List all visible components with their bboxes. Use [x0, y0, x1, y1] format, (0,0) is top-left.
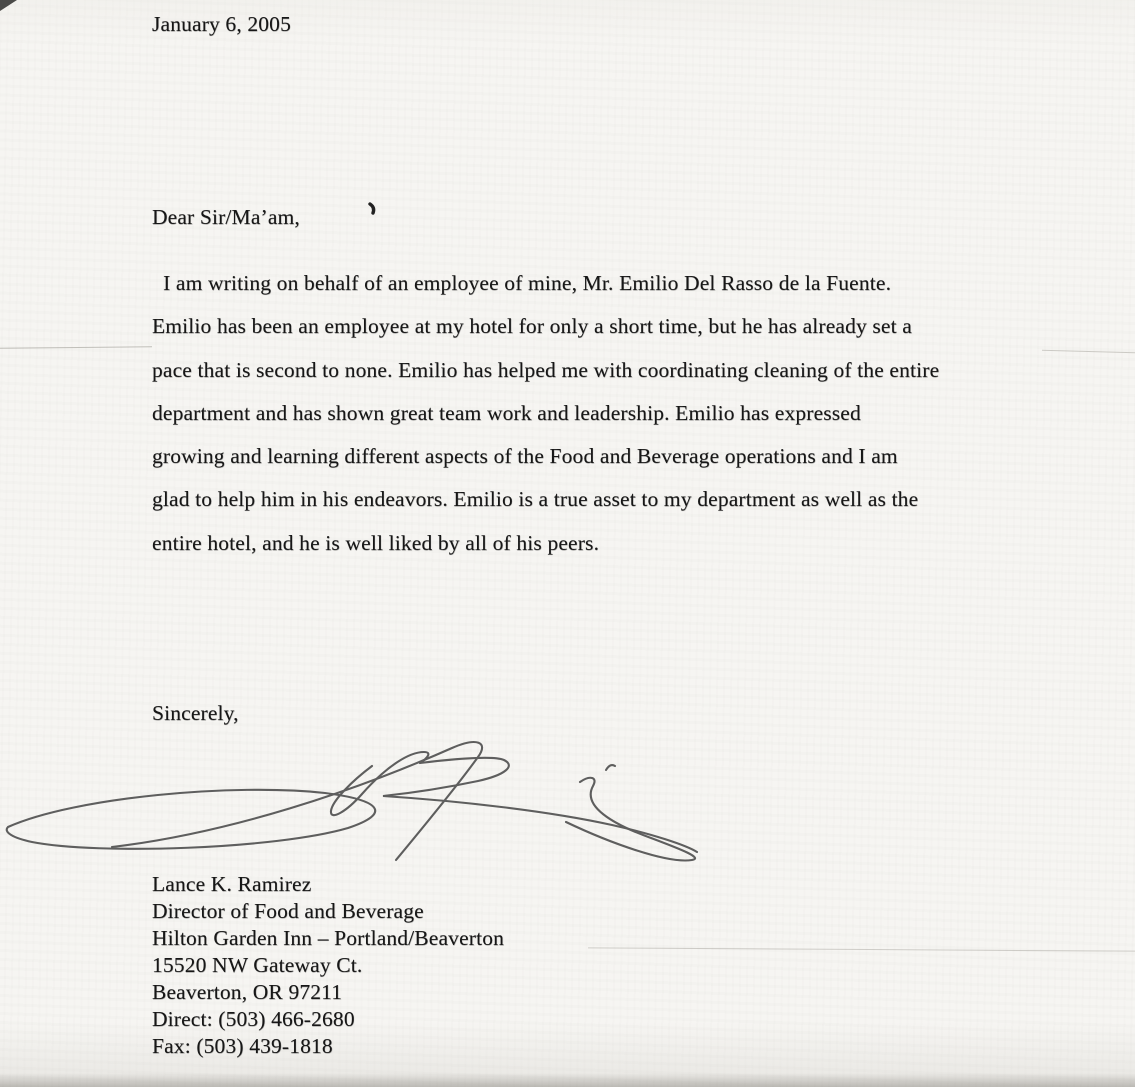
letter-salutation: Dear Sir/Ma’am,	[152, 205, 300, 230]
signature-block-line: 15520 NW Gateway Ct.	[152, 952, 504, 979]
letter-body-line: department and has shown great team work…	[152, 392, 1082, 435]
letter-body-line: growing and learning different aspects o…	[152, 435, 1082, 478]
scan-bottom-shadow	[0, 1073, 1135, 1087]
letter-body-line: glad to help him in his endeavors. Emili…	[152, 478, 1082, 521]
scanned-letter-page: { "page": { "kind": "scanned recommendat…	[0, 0, 1135, 1087]
signature-block: Lance K. RamirezDirector of Food and Bev…	[152, 871, 504, 1060]
signature-block-line: Hilton Garden Inn – Portland/Beaverton	[152, 925, 504, 952]
letter-body-line: Emilio has been an employee at my hotel …	[152, 305, 1082, 348]
letter-body-line: pace that is second to none. Emilio has …	[152, 349, 1082, 392]
signature-block-line: Director of Food and Beverage	[152, 898, 504, 925]
letter-body-line: entire hotel, and he is well liked by al…	[152, 522, 1082, 565]
letter-body: I am writing on behalf of an employee of…	[152, 262, 1082, 565]
signature-block-line: Fax: (503) 439-1818	[152, 1033, 504, 1060]
signature-block-line: Beaverton, OR 97211	[152, 979, 504, 1006]
signature-block-line: Lance K. Ramirez	[152, 871, 504, 898]
letter-body-line: I am writing on behalf of an employee of…	[152, 262, 1082, 305]
signature-block-line: Direct: (503) 466-2680	[152, 1006, 504, 1033]
letter-date: January 6, 2005	[152, 12, 291, 37]
letter-closing: Sincerely,	[152, 701, 239, 726]
